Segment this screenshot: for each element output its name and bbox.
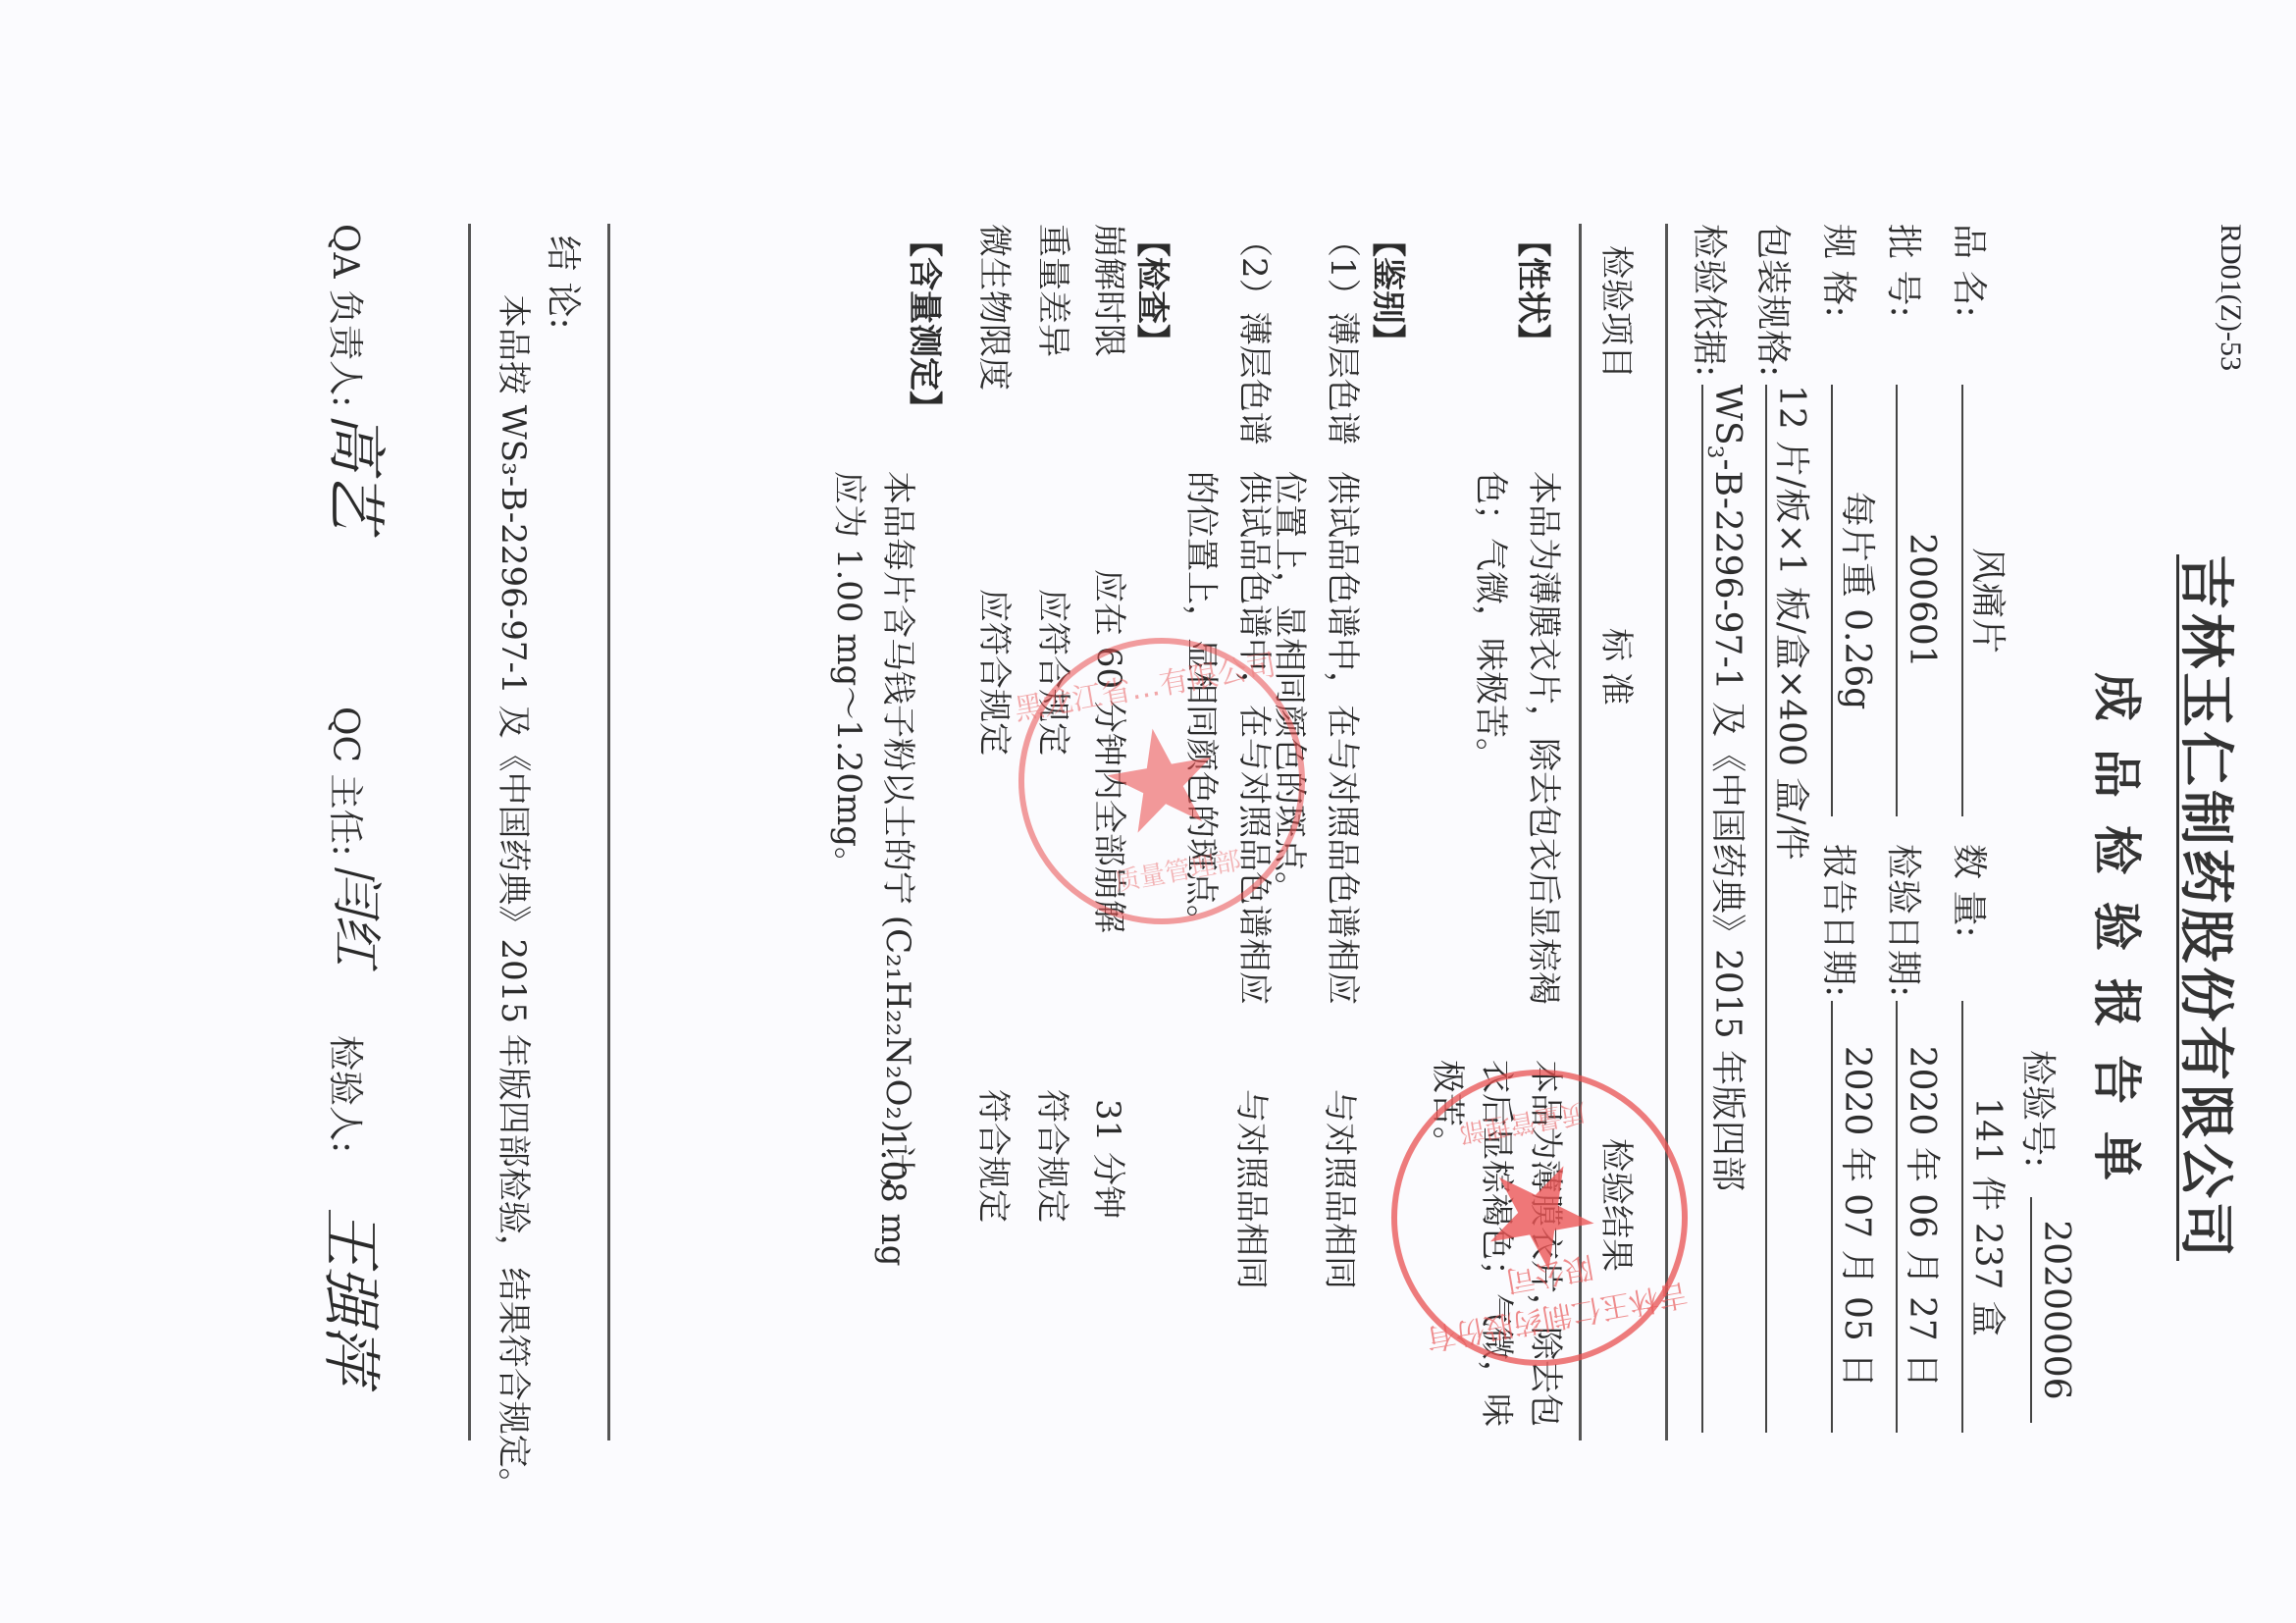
- inspect-date-label: 检验日期:: [1881, 844, 1931, 997]
- package-value: 12 片/板×1 板/盒×400 盒/件: [1765, 385, 1810, 1433]
- conclusion-top-rule: [607, 224, 610, 1440]
- scanned-document: RD01(Z)-53 吉林玉仁制药股份有限公司 成品检验报告单 检验号: 202…: [0, 0, 2296, 1623]
- package-label: 包装规格:: [1750, 224, 1800, 377]
- report-page: RD01(Z)-53 吉林玉仁制药股份有限公司 成品检验报告单 检验号: 202…: [0, 0, 2296, 1623]
- assay-result: 1.08 mg: [868, 1128, 917, 1267]
- section-inspection: 【检查】: [1131, 224, 1179, 357]
- check-item-3: 微生物限度: [967, 224, 1020, 391]
- basis-label: 检验依据:: [1687, 224, 1737, 377]
- ident-item-1: （1）薄层色谱: [1316, 224, 1369, 445]
- company-name: 吉林玉仁制药股份有限公司: [2170, 554, 2249, 1261]
- inspector-label: 检验人:: [323, 1035, 373, 1153]
- ident-result-2: 与对照品相同: [1226, 1089, 1276, 1289]
- batch-label: 批 号:: [1881, 224, 1931, 318]
- form-code: RD01(Z)-53: [2214, 224, 2247, 371]
- inspection-no-label: 检验号:: [2015, 1050, 2065, 1168]
- check-result-1: 31 分钟: [1083, 1099, 1132, 1219]
- basis-rest: -B-2296-97-1 及《中国药典》2015 年版四部: [1707, 458, 1748, 1191]
- conclusion-text: 本品按 WS₃-B-2296-97-1 及《中国药典》2015 年版四部检验，结…: [487, 294, 540, 1501]
- assay-standard-line1: 本品每片含马钱子粉以士的宁 (C₂₁H₂₂N₂O₂) 计，: [871, 471, 924, 1210]
- conclusion-bottom-rule: [468, 224, 471, 1440]
- product-name-label: 品 名:: [1947, 224, 1997, 318]
- quantity-value: 141 件 237 盒: [1961, 1001, 2007, 1433]
- batch-value: 200601: [1896, 385, 1941, 816]
- header-item: 检验项目: [1595, 245, 1644, 379]
- quantity-label: 数 量:: [1947, 844, 1997, 938]
- assay-standard-line2: 应为 1.00 mg～1.20mg。: [822, 471, 875, 880]
- inspection-no-value: 20200006: [2030, 1197, 2075, 1423]
- check-item-1: 崩解时限: [1082, 224, 1135, 357]
- conclusion-label: 结 论:: [541, 236, 591, 330]
- character-standard: 本品为薄膜衣片，除去包衣后显棕褐色；气微，味极苦。: [1464, 471, 1570, 1021]
- spec-label: 规 格:: [1816, 224, 1866, 318]
- ident-result-1: 与对照品相同: [1315, 1089, 1364, 1289]
- product-name-value: 风痛片: [1961, 385, 2007, 816]
- report-date-label: 报告日期:: [1816, 844, 1866, 997]
- basis-subscript: 3: [1702, 445, 1727, 459]
- basis-value: WS3-B-2296-97-1 及《中国药典》2015 年版四部: [1701, 385, 1747, 1433]
- check-result-2: 符合规定: [1027, 1089, 1076, 1223]
- check-item-2: 重量差异: [1026, 224, 1079, 357]
- section-identification: 【鉴别】: [1367, 224, 1415, 357]
- inspect-date-value: 2020 年 06 月 27 日: [1896, 1001, 1941, 1433]
- check-result-3: 符合规定: [968, 1089, 1018, 1223]
- quality-stamp-2: 吉林玉仁制药股份有限公司 ★ 质量管理部: [1368, 1046, 1711, 1389]
- ident-item-2: （2）薄层色谱: [1227, 224, 1280, 445]
- inspector-signature: 王强萍: [313, 1207, 397, 1384]
- qa-signature: 高艺: [318, 412, 402, 530]
- basis-prefix: WS: [1707, 385, 1748, 445]
- section-character: 【性状】: [1512, 224, 1560, 357]
- qc-signature: 闫红: [324, 864, 397, 966]
- qc-label: QC 主任:: [323, 707, 373, 857]
- check-standard-3: 应符合规定: [967, 589, 1020, 756]
- section-assay: 【含量测定】: [904, 224, 952, 424]
- qa-label: QA 负责人:: [323, 224, 373, 407]
- spec-value: 每片重 0.26g: [1831, 385, 1876, 816]
- document-title: 成品检验报告单: [2085, 672, 2156, 1208]
- header-standard: 标 准: [1595, 628, 1644, 706]
- report-date-value: 2020 年 07 月 05 日: [1831, 1001, 1876, 1433]
- star-icon: ★: [1089, 703, 1234, 860]
